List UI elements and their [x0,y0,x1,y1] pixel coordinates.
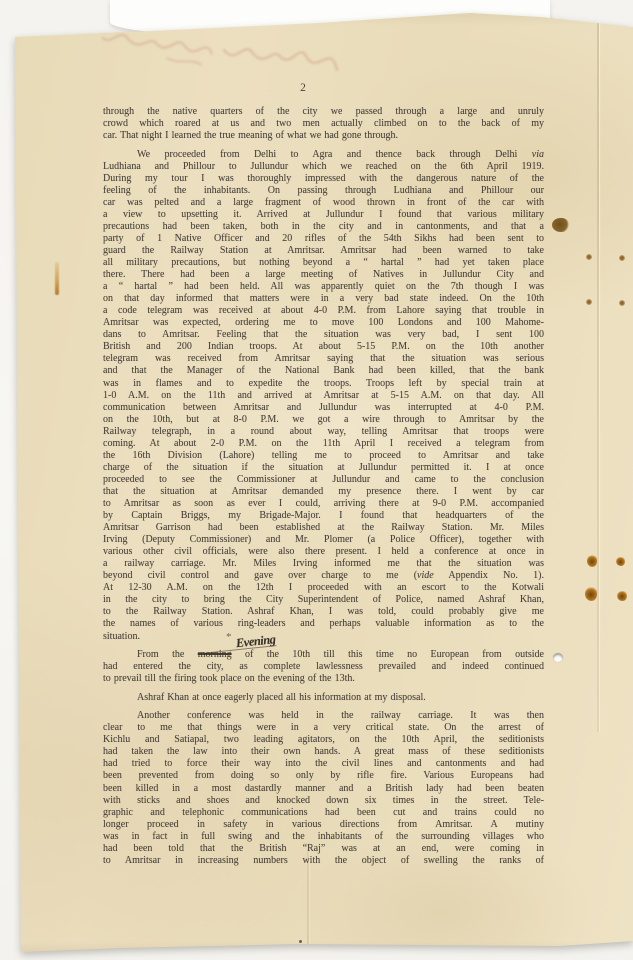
text-line: car. That night I learned the true meani… [103,130,544,142]
document-page: 2 through the native quarters of the cit… [0,0,633,960]
pencil-annotation-mark: * [226,631,232,643]
text-line: From the morningEvening of the 10th till… [103,649,544,661]
text-line: longer proceed in safety in various dire… [103,819,544,831]
page-number: 2 [103,82,503,94]
text-line: At 12-30 A.M. on the 12th I proceeded wi… [103,582,544,594]
text-line: to prevail till the firing took place on… [103,673,544,685]
text-line: was in flames and to expedite the troops… [103,378,544,390]
text-line: dans to Amritsar. Feeling that the situa… [103,329,544,341]
text-line: various other civil officials, were also… [103,546,544,558]
text-line: there. There had been a large meeting of… [103,269,544,281]
text-line: that the situation at Amritsar demanded … [103,486,544,498]
text-line: was in fact in full swing and the inhabi… [103,831,544,843]
photo-backdrop: 2 through the native quarters of the cit… [0,0,633,960]
paragraph: From the morningEvening of the 10th till… [103,649,544,685]
text-line: been prevented from doing so only by rif… [103,770,544,782]
text-line: proceeded to see the Commissioner at Jul… [103,474,544,486]
text-line: graphic and telephonic communications ha… [103,807,544,819]
text-line: on the 10th, but at 8-0 P.M. we got a wi… [103,414,544,426]
text-line: the names of various ring-leaders and pe… [103,618,544,630]
text-line: clear to me that things were in a very c… [103,722,544,734]
text-line: the 16th Division (Lahore) telling me to… [103,450,544,462]
text-line: beyond civil control and gave over charg… [103,570,544,582]
text-block: through the native quarters of the city … [103,106,544,873]
fold-crease-bottom [307,852,309,946]
text-line: communication between Amritsar and Jullu… [103,402,544,414]
rust-spot [619,255,625,261]
text-line: had been told that the British “Raj” was… [103,843,544,855]
page-shadow-wrap: 2 through the native quarters of the cit… [0,0,633,960]
stain-drip [55,262,59,295]
text-line: a “ hartal ” had been held. All was appa… [103,281,544,293]
text-line: Another conference was held in the railw… [103,710,544,722]
text-line: Kichlu and Satiapal, two leading agitato… [103,734,544,746]
ink-stain [552,218,569,232]
text-line: Ashraf Khan at once eagerly placed all h… [103,692,544,704]
text-line: a railway carriage. Mr. Miles Irving inf… [103,558,544,570]
text-line: to Amritsar as soon as ever I could, arr… [103,498,544,510]
text-line: car was pelted and a large fragment of w… [103,197,544,209]
text-line: During my tour I was thoroughly impresse… [103,173,544,185]
text-line: telegram was received from Amritsar sayi… [103,353,544,365]
rust-stain [617,591,627,601]
text-line: situation. [103,631,544,643]
text-line: crowd which roared at us and two men act… [103,118,544,130]
text-line: and that the Manager of the National Ban… [103,365,544,377]
text-line: on that day informed that matters were i… [103,293,544,305]
text-line: Amritsar was expected, ordering me to mo… [103,317,544,329]
rust-stain [616,557,625,566]
text-line: been killed in a most dastardly manner a… [103,783,544,795]
text-line: precautions had been taken, both in the … [103,221,544,233]
text-line: had entered the city, as complete lawles… [103,661,544,673]
text-line: British and 200 Indian troops. At about … [103,341,544,353]
text-line: Irving (Deputy Commissioner) and Mr. Plo… [103,534,544,546]
text-line: 1-0 A.M. on the 11th and arrived at Amri… [103,390,544,402]
text-line: in the city to bring the City Superinten… [103,594,544,606]
rust-stain [587,555,597,567]
text-line: a code telegram was received at about 4-… [103,305,544,317]
text-line: through the native quarters of the city … [103,106,544,118]
paragraph: Ashraf Khan at once eagerly placed all h… [103,692,544,704]
paper-hole [553,653,563,662]
text-line: a view to upsetting it. Arrived at Jullu… [103,209,544,221]
text-line: guard the Railway Station at Amritsar. A… [103,245,544,257]
text-line: to Amritsar in increasing numbers with t… [103,855,544,867]
bleedthrough-handwriting [90,11,354,91]
text-line: had taken the law into their own hands. … [103,746,544,758]
text-line: by Captain Briggs, my Brigade-Major. I f… [103,510,544,522]
paragraph: We proceeded from Delhi to Agra and then… [103,149,544,643]
rust-spot [586,254,592,260]
text-line: all military precautions, but nothing be… [103,257,544,269]
text-line: to the Railway Station. Ashraf Khan, I w… [103,606,544,618]
text-line: with sticks and shoes and knocked down s… [103,795,544,807]
rust-stain [585,587,597,601]
text-line: feeling of the inhabitants. On passing t… [103,185,544,197]
text-line: coming. At about 2-0 P.M. on the 11th Ap… [103,438,544,450]
rust-spot [586,299,592,305]
rust-spot [619,300,625,306]
paper-speck [299,940,302,943]
text-line: Amritsar Garrison had been established a… [103,522,544,534]
paragraph: Another conference was held in the railw… [103,710,544,867]
fold-crease-right [597,20,599,732]
text-line: We proceeded from Delhi to Agra and then… [103,149,544,161]
text-line: party of 1 Native Officer and 20 rifles … [103,233,544,245]
text-line: Railway telegraph, in a round about way,… [103,426,544,438]
text-line: had tried to force their way into the ci… [103,758,544,770]
struck-word: morningEvening [198,649,232,660]
text-line: charge of the situation if the situation… [103,462,544,474]
paragraph: through the native quarters of the city … [103,106,544,142]
text-line: Ludhiana and Phillour to Jullundur which… [103,161,544,173]
